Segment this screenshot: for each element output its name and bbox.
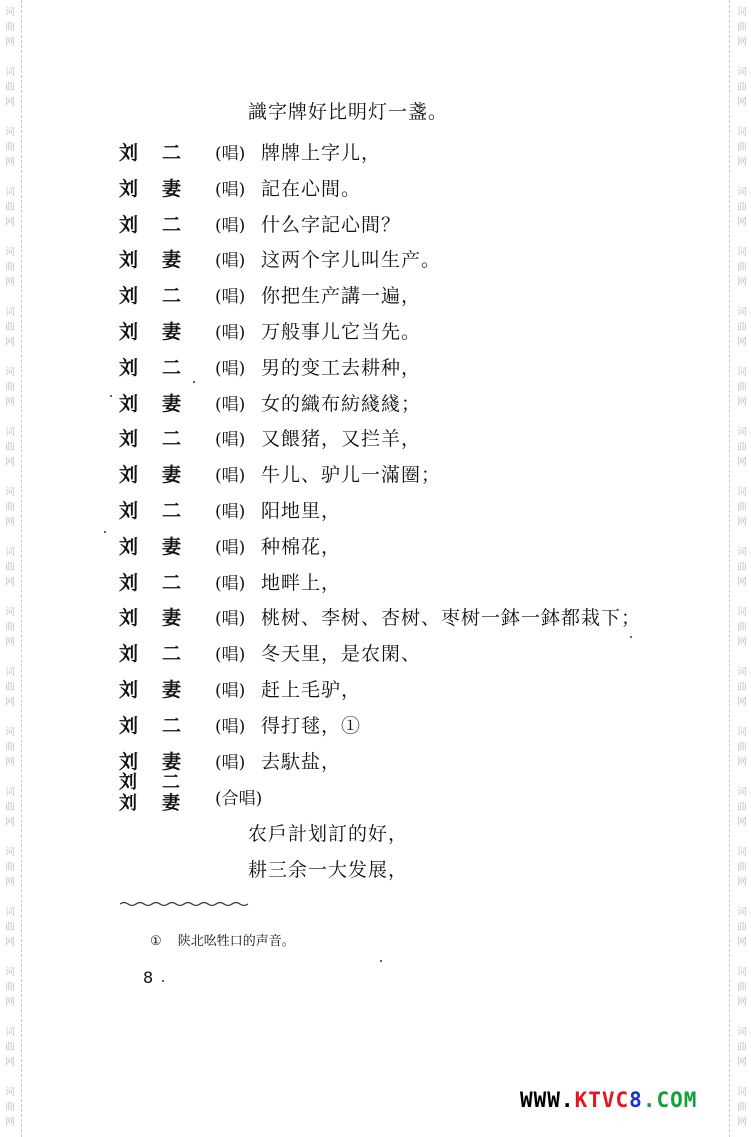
watermark-char: 词: [735, 5, 749, 20]
watermark-group: 词曲网: [3, 5, 17, 50]
watermark-char: 网: [3, 155, 17, 170]
watermark-group: 词曲网: [3, 305, 17, 350]
stage-cue: (唱): [215, 390, 245, 415]
watermark-char: 曲: [3, 800, 17, 815]
left-dashed-border: [21, 0, 22, 1137]
footnote-text: 陕北吆牲口的声音。: [178, 934, 295, 949]
duet-speaker-top-2: 二: [162, 773, 180, 793]
watermark-char: 曲: [735, 20, 749, 35]
watermark-char: 词: [735, 245, 749, 260]
speaker-role: 二: [162, 424, 181, 451]
speaker-surname: 刘: [119, 353, 138, 380]
watermark-group: 词曲网: [735, 725, 749, 770]
watermark-group: 词曲网: [3, 365, 17, 410]
watermark-char: 网: [3, 335, 17, 350]
watermark-group: 词曲网: [735, 1025, 749, 1070]
watermark-group: 词曲网: [735, 245, 749, 290]
watermark-char: 词: [3, 605, 17, 620]
watermark-group: 词曲网: [3, 245, 17, 290]
watermark-char: 词: [735, 485, 749, 500]
watermark-char: 曲: [3, 920, 17, 935]
watermark-group: 词曲网: [3, 725, 17, 770]
speaker-role: 妻: [162, 603, 181, 630]
watermark-group: 词曲网: [3, 185, 17, 230]
watermark-group: 词曲网: [735, 125, 749, 170]
logo-part-com: .COM: [643, 1088, 698, 1112]
watermark-char: 曲: [735, 440, 749, 455]
watermark-char: 曲: [3, 200, 17, 215]
speaker-role: 二: [162, 353, 181, 380]
watermark-char: 词: [3, 185, 17, 200]
watermark-char: 网: [735, 935, 749, 950]
speaker-surname: 刘: [119, 747, 138, 774]
watermark-char: 词: [3, 785, 17, 800]
speaker-surname: 刘: [119, 210, 138, 237]
stage-cue: (唱): [215, 748, 245, 773]
watermark-char: 词: [735, 125, 749, 140]
watermark-char: 网: [3, 455, 17, 470]
logo-part-8: 8: [629, 1088, 643, 1112]
watermark-char: 网: [735, 755, 749, 770]
watermark-char: 曲: [3, 20, 17, 35]
stage-cue: (唱): [215, 425, 245, 450]
speaker-surname: 刘: [119, 460, 138, 487]
watermark-group: 词曲网: [735, 665, 749, 710]
watermark-char: 网: [735, 155, 749, 170]
speaker-role: 二: [162, 138, 181, 165]
scan-speck: [110, 395, 112, 397]
watermark-group: 词曲网: [3, 545, 17, 590]
speaker-role: 二: [162, 711, 181, 738]
watermark-group: 词曲网: [3, 785, 17, 830]
watermark-group: 词曲网: [735, 905, 749, 950]
watermark-char: 曲: [3, 1040, 17, 1055]
watermark-char: 词: [735, 1025, 749, 1040]
watermark-char: 网: [735, 1115, 749, 1130]
stage-cue: (唱): [215, 533, 245, 558]
watermark-group: 词曲网: [735, 425, 749, 470]
scan-speck: [380, 960, 382, 962]
site-logo: WWW.KTVC8.COM: [520, 1088, 697, 1112]
closing-line-2: 耕三余一大发展，: [248, 858, 408, 882]
scan-speck: [162, 980, 164, 982]
watermark-char: 词: [3, 5, 17, 20]
watermark-char: 网: [735, 395, 749, 410]
stage-cue: (唱): [215, 461, 245, 486]
watermark-char: 词: [735, 305, 749, 320]
watermark-char: 曲: [735, 200, 749, 215]
watermark-char: 词: [3, 305, 17, 320]
watermark-char: 词: [735, 605, 749, 620]
watermark-char: 网: [3, 755, 17, 770]
speaker-surname: 刘: [119, 639, 138, 666]
stage-cue: (唱): [215, 354, 245, 379]
watermark-char: 网: [735, 35, 749, 50]
watermark-char: 词: [735, 725, 749, 740]
watermark-char: 词: [3, 125, 17, 140]
footnote-wavy-rule: [120, 900, 250, 908]
speaker-role: 妻: [162, 460, 181, 487]
watermark-char: 曲: [3, 560, 17, 575]
speaker-surname: 刘: [119, 603, 138, 630]
sung-line: 阳地里，: [261, 496, 341, 523]
watermark-char: 曲: [3, 740, 17, 755]
stage-cue: (唱): [215, 246, 245, 271]
speaker-role: 妻: [162, 317, 181, 344]
watermark-char: 词: [735, 185, 749, 200]
watermark-char: 曲: [3, 1100, 17, 1115]
watermark-char: 曲: [735, 260, 749, 275]
watermark-char: 曲: [735, 1040, 749, 1055]
logo-part-www: WWW.: [520, 1088, 575, 1112]
stage-cue: (唱): [215, 175, 245, 200]
sung-line: 男的变工去耕种，: [261, 353, 421, 380]
sung-line: 記在心間。: [261, 174, 361, 201]
watermark-char: 网: [3, 395, 17, 410]
stage-cue: (唱): [215, 139, 245, 164]
duet-speaker-bottom-1: 刘: [119, 794, 137, 814]
watermark-char: 词: [3, 1085, 17, 1100]
watermark-char: 词: [3, 485, 17, 500]
speaker-role: 二: [162, 210, 181, 237]
footnote: ① 陕北吆牲口的声音。: [150, 930, 295, 949]
watermark-char: 网: [3, 515, 17, 530]
speaker-surname: 刘: [119, 532, 138, 559]
speaker-surname: 刘: [119, 675, 138, 702]
watermark-char: 网: [3, 935, 17, 950]
watermark-char: 词: [3, 545, 17, 560]
watermark-group: 词曲网: [735, 845, 749, 890]
watermark-char: 网: [3, 1055, 17, 1070]
watermark-char: 词: [735, 905, 749, 920]
watermark-char: 曲: [3, 440, 17, 455]
opening-line: 識字牌好比明灯一盞。: [248, 100, 448, 124]
watermark-group: 词曲网: [3, 965, 17, 1010]
watermark-char: 网: [3, 95, 17, 110]
watermark-char: 网: [735, 635, 749, 650]
logo-part-ktvc: KTVC: [575, 1088, 630, 1112]
sung-line: 又餵猪，又拦羊，: [261, 424, 421, 451]
watermark-char: 网: [3, 1115, 17, 1130]
watermark-char: 网: [3, 215, 17, 230]
watermark-char: 网: [3, 875, 17, 890]
closing-line-1: 农戶計划訂的好，: [248, 822, 408, 846]
watermark-char: 曲: [735, 800, 749, 815]
stage-cue: (唱): [215, 569, 245, 594]
scan-speck: [193, 381, 195, 383]
watermark-char: 网: [3, 35, 17, 50]
watermark-char: 曲: [3, 620, 17, 635]
watermark-group: 词曲网: [3, 485, 17, 530]
stage-cue: (唱): [215, 604, 245, 629]
watermark-char: 网: [735, 1055, 749, 1070]
watermark-char: 曲: [735, 860, 749, 875]
watermark-char: 网: [735, 875, 749, 890]
stage-cue: (唱): [215, 282, 245, 307]
watermark-char: 词: [735, 545, 749, 560]
watermark-char: 曲: [735, 80, 749, 95]
speaker-surname: 刘: [119, 711, 138, 738]
speaker-role: 二: [162, 568, 181, 595]
watermark-group: 词曲网: [3, 65, 17, 110]
watermark-group: 词曲网: [735, 365, 749, 410]
stage-cue: (唱): [215, 640, 245, 665]
sung-line: 种棉花，: [261, 532, 341, 559]
watermark-char: 曲: [735, 560, 749, 575]
watermark-char: 网: [735, 515, 749, 530]
watermark-char: 网: [3, 635, 17, 650]
watermark-group: 词曲网: [735, 5, 749, 50]
watermark-char: 词: [3, 905, 17, 920]
watermark-char: 曲: [735, 380, 749, 395]
stage-cue: (唱): [215, 318, 245, 343]
watermark-char: 曲: [735, 980, 749, 995]
watermark-char: 词: [3, 245, 17, 260]
watermark-group: 词曲网: [735, 965, 749, 1010]
watermark-char: 网: [735, 95, 749, 110]
duet-speaker-bottom-2: 妻: [162, 794, 180, 814]
watermark-char: 词: [3, 425, 17, 440]
watermark-char: 网: [3, 995, 17, 1010]
watermark-char: 网: [735, 995, 749, 1010]
watermark-char: 词: [3, 665, 17, 680]
speaker-surname: 刘: [119, 138, 138, 165]
watermark-group: 词曲网: [3, 1025, 17, 1070]
watermark-char: 网: [735, 335, 749, 350]
watermark-group: 词曲网: [735, 605, 749, 650]
watermark-group: 词曲网: [735, 545, 749, 590]
watermark-group: 词曲网: [3, 1085, 17, 1130]
duet-speaker-top-1: 刘: [119, 773, 137, 793]
watermark-char: 曲: [3, 680, 17, 695]
watermark-char: 词: [735, 665, 749, 680]
watermark-group: 词曲网: [3, 905, 17, 950]
speaker-surname: 刘: [119, 245, 138, 272]
watermark-char: 曲: [735, 620, 749, 635]
duet-cue: (合唱): [215, 784, 262, 809]
speaker-surname: 刘: [119, 174, 138, 201]
speaker-role: 妻: [162, 245, 181, 272]
watermark-char: 词: [3, 725, 17, 740]
sung-line: 冬天里，是农閑、: [261, 639, 421, 666]
stage-cue: (唱): [215, 211, 245, 236]
watermark-char: 词: [735, 365, 749, 380]
sung-line: 地畔上，: [261, 568, 341, 595]
watermark-char: 网: [3, 815, 17, 830]
right-dashed-border: [729, 0, 730, 1137]
speaker-role: 妻: [162, 532, 181, 559]
watermark-char: 词: [735, 65, 749, 80]
sung-line: 去馱盐，: [261, 747, 341, 774]
watermark-char: 曲: [735, 320, 749, 335]
sung-line: 什么字記心間？: [261, 210, 401, 237]
watermark-char: 曲: [735, 1100, 749, 1115]
scan-speck: [104, 531, 106, 533]
watermark-group: 词曲网: [3, 125, 17, 170]
watermark-char: 曲: [3, 140, 17, 155]
speaker-role: 二: [162, 496, 181, 523]
watermark-char: 曲: [3, 980, 17, 995]
sung-line: 牛儿、驴儿一滿圈；: [261, 460, 441, 487]
sung-line: 这两个字儿叫生产。: [261, 245, 441, 272]
watermark-char: 曲: [735, 500, 749, 515]
watermark-group: 词曲网: [3, 605, 17, 650]
duet-cue-block: 刘 二 刘 妻 (合唱): [119, 773, 319, 817]
watermark-char: 网: [735, 455, 749, 470]
watermark-char: 词: [3, 365, 17, 380]
sung-line: 赶上毛驴，: [261, 675, 361, 702]
watermark-char: 词: [3, 845, 17, 860]
sung-line: 你把生产講一遍，: [261, 281, 421, 308]
watermark-char: 网: [735, 695, 749, 710]
watermark-char: 网: [3, 695, 17, 710]
speaker-role: 妻: [162, 675, 181, 702]
stage-cue: (唱): [215, 712, 245, 737]
watermark-char: 曲: [3, 80, 17, 95]
watermark-group: 词曲网: [3, 665, 17, 710]
watermark-char: 曲: [3, 860, 17, 875]
watermark-char: 词: [3, 65, 17, 80]
watermark-char: 网: [735, 215, 749, 230]
watermark-char: 网: [3, 275, 17, 290]
watermark-char: 网: [735, 275, 749, 290]
speaker-role: 妻: [162, 389, 181, 416]
watermark-group: 词曲网: [3, 425, 17, 470]
speaker-surname: 刘: [119, 389, 138, 416]
speaker-role: 二: [162, 281, 181, 308]
sung-line: 得打毬，①: [261, 711, 361, 738]
watermark-char: 曲: [735, 680, 749, 695]
speaker-role: 妻: [162, 747, 181, 774]
sung-line: 桃树、李树、杏树、枣树一鉢一鉢都栽下；: [261, 603, 641, 630]
speaker-surname: 刘: [119, 281, 138, 308]
sung-line: 万般事儿它当先。: [261, 317, 421, 344]
speaker-surname: 刘: [119, 317, 138, 344]
watermark-group: 词曲网: [735, 185, 749, 230]
watermark-char: 词: [3, 1025, 17, 1040]
watermark-group: 词曲网: [735, 785, 749, 830]
speaker-surname: 刘: [119, 496, 138, 523]
watermark-group: 词曲网: [3, 845, 17, 890]
sung-line: 牌牌上字儿，: [261, 138, 381, 165]
sung-line: 女的織布紡綫綫；: [261, 389, 421, 416]
watermark-group: 词曲网: [735, 305, 749, 350]
footnote-mark: ①: [150, 934, 162, 949]
page-number: 8: [143, 968, 153, 987]
watermark-char: 曲: [735, 740, 749, 755]
watermark-char: 曲: [3, 320, 17, 335]
watermark-char: 曲: [3, 260, 17, 275]
watermark-group: 词曲网: [735, 1085, 749, 1130]
speaker-role: 二: [162, 639, 181, 666]
watermark-char: 曲: [735, 920, 749, 935]
stage-cue: (唱): [215, 497, 245, 522]
speaker-surname: 刘: [119, 568, 138, 595]
speaker-surname: 刘: [119, 424, 138, 451]
watermark-char: 网: [735, 815, 749, 830]
stage-cue: (唱): [215, 676, 245, 701]
speaker-role: 妻: [162, 174, 181, 201]
watermark-char: 曲: [3, 380, 17, 395]
watermark-char: 词: [735, 965, 749, 980]
watermark-group: 词曲网: [735, 485, 749, 530]
watermark-char: 词: [735, 425, 749, 440]
watermark-char: 词: [735, 1085, 749, 1100]
watermark-char: 词: [3, 965, 17, 980]
watermark-char: 网: [3, 575, 17, 590]
watermark-char: 词: [735, 785, 749, 800]
scan-speck: [630, 636, 632, 638]
watermark-group: 词曲网: [735, 65, 749, 110]
watermark-char: 曲: [3, 500, 17, 515]
watermark-char: 曲: [735, 140, 749, 155]
watermark-char: 词: [735, 845, 749, 860]
watermark-char: 网: [735, 575, 749, 590]
